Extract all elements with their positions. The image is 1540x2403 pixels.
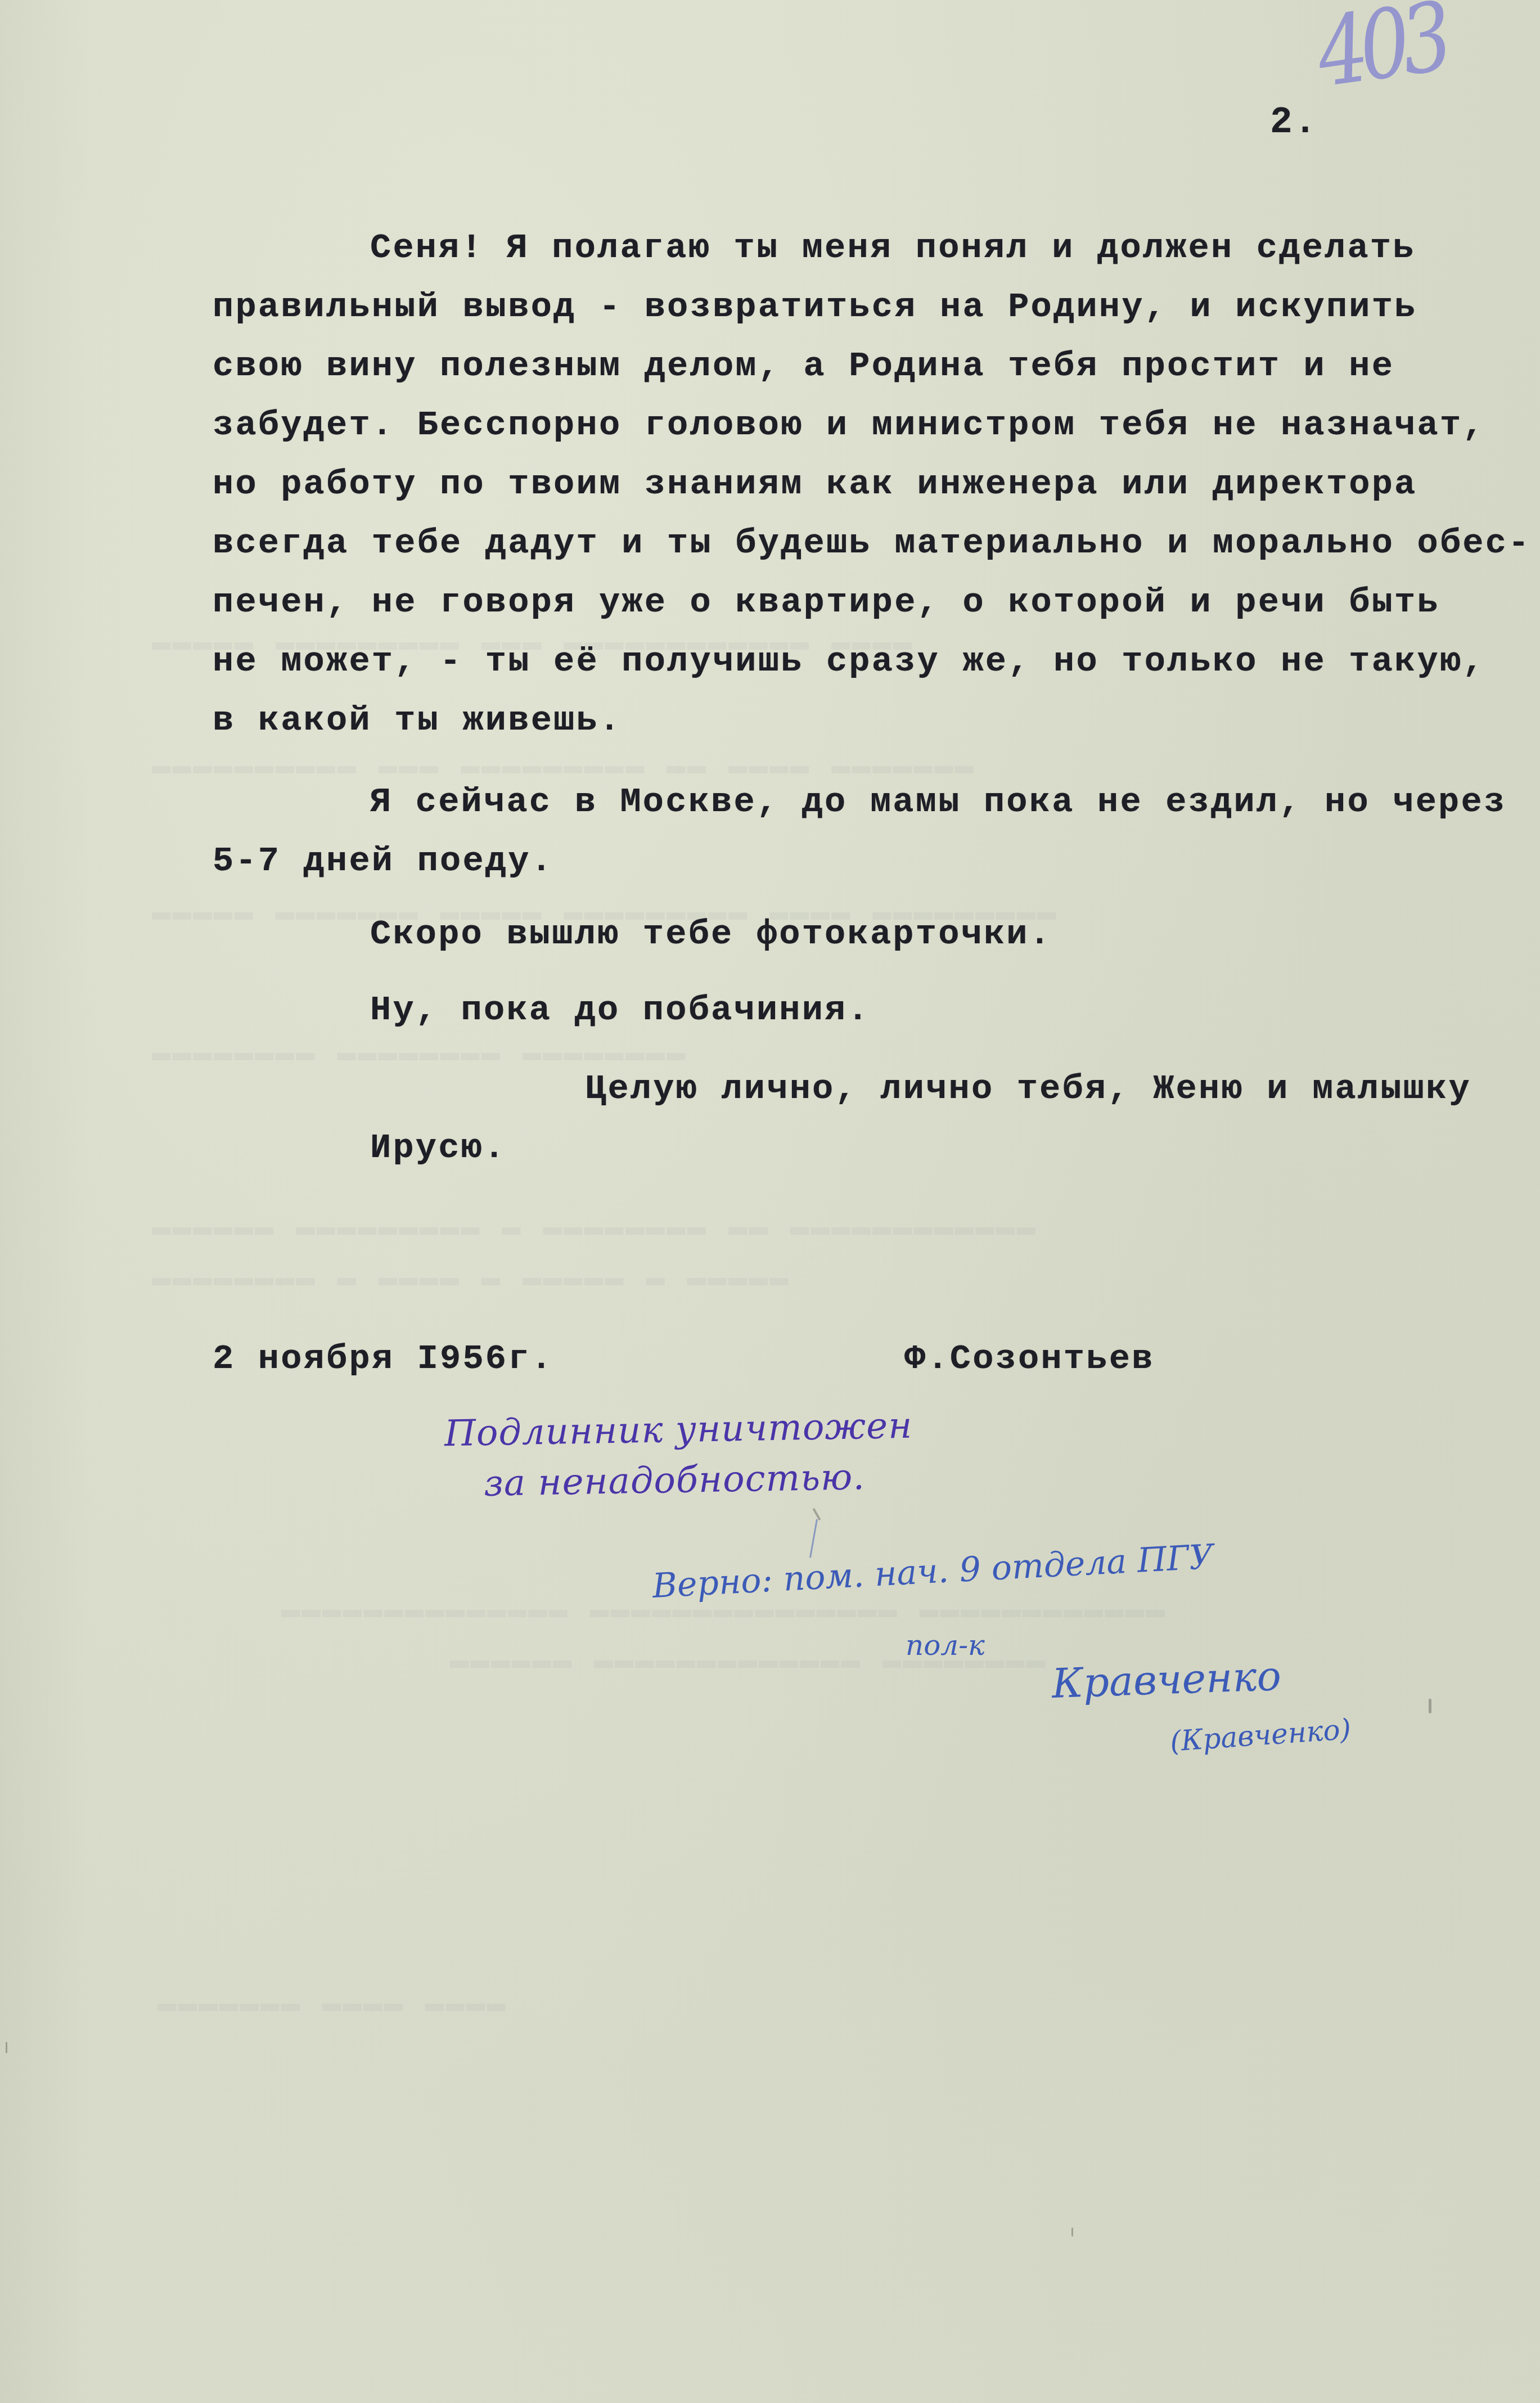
body-line: печен, не говоря уже о квартире, о котор… xyxy=(213,585,1440,620)
body-line: Сеня! Я полагаю ты меня понял и должен с… xyxy=(370,231,1416,265)
body-line: 5-7 дней поеду. xyxy=(213,844,553,879)
handwritten-note-destroyed: за ненадобностью. xyxy=(483,1459,865,1502)
body-line: не может, - ты её получишь сразу же, но … xyxy=(213,644,1485,679)
handwritten-signature: Кравченко xyxy=(1051,1655,1282,1704)
bleed-through-text: ▬▬▬▬▬▬▬▬▬▬ ▬▬▬ ▬▬▬▬▬▬▬▬▬ ▬▬ ▬▬▬▬ ▬▬▬▬▬▬▬ xyxy=(152,748,975,784)
body-line: правильный вывод - возвратиться на Родин… xyxy=(213,290,1417,325)
typed-signature: Ф.Созонтьев xyxy=(904,1342,1154,1376)
body-line: в какой ты живешь. xyxy=(213,703,622,738)
certification-name: (Кравченко) xyxy=(1169,1715,1352,1756)
document-page: ▬▬▬▬▬ ▬▬▬▬▬▬▬▬▬ ▬▬▬ ▬▬▬▬▬▬▬▬▬▬▬▬ ▬▬▬▬ ▬▬… xyxy=(0,0,1540,2403)
paper-speck xyxy=(809,1519,818,1558)
closing-line: Целую лично, лично тебя, Женю и малышку xyxy=(585,1072,1471,1106)
paper-speck xyxy=(1429,1699,1431,1713)
bleed-through-text: ▬▬▬▬▬▬▬▬ ▬▬▬▬▬▬▬▬ ▬▬▬▬▬▬▬▬ xyxy=(152,1035,687,1071)
body-line: Ну, пока до побачиния. xyxy=(370,993,870,1028)
paper-speck xyxy=(6,2042,7,2053)
body-line: забудет. Бесспорно головою и министром т… xyxy=(213,408,1485,443)
paper-speck xyxy=(1071,2227,1073,2236)
body-line: но работу по твоим знаниям как инженера … xyxy=(213,467,1417,502)
body-line: свою вину полезным делом, а Родина тебя … xyxy=(213,349,1394,384)
body-line: всегда тебе дадут и ты будешь материальн… xyxy=(213,526,1531,561)
certification-rank: пол-к xyxy=(906,1631,985,1659)
handwritten-note-destroyed: Подлинник уничтожен xyxy=(444,1408,913,1452)
archive-sheet-number: 403 xyxy=(1311,0,1451,109)
bleed-through-text: ▬▬▬▬▬▬▬ ▬▬▬▬ ▬▬▬▬ xyxy=(157,1986,507,2022)
letter-date: 2 ноября I956г. xyxy=(213,1342,553,1376)
bleed-through-text: ▬▬▬▬▬▬ ▬▬▬▬▬▬▬▬▬ ▬ ▬▬▬▬▬▬▬▬ ▬▬ ▬▬▬▬▬▬▬▬▬… xyxy=(152,1209,1037,1245)
page-number: 2. xyxy=(1270,104,1318,141)
body-line: Я сейчас в Москве, до мамы пока не ездил… xyxy=(370,785,1506,820)
bleed-through-text: ▬▬▬▬▬▬▬▬ ▬ ▬▬▬▬ ▬ ▬▬▬▬▬ ▬ ▬▬▬▬▬ xyxy=(152,1260,790,1296)
body-line: Скоро вышлю тебе фотокарточки. xyxy=(370,917,1052,952)
closing-line: Ирусю. xyxy=(370,1131,506,1165)
